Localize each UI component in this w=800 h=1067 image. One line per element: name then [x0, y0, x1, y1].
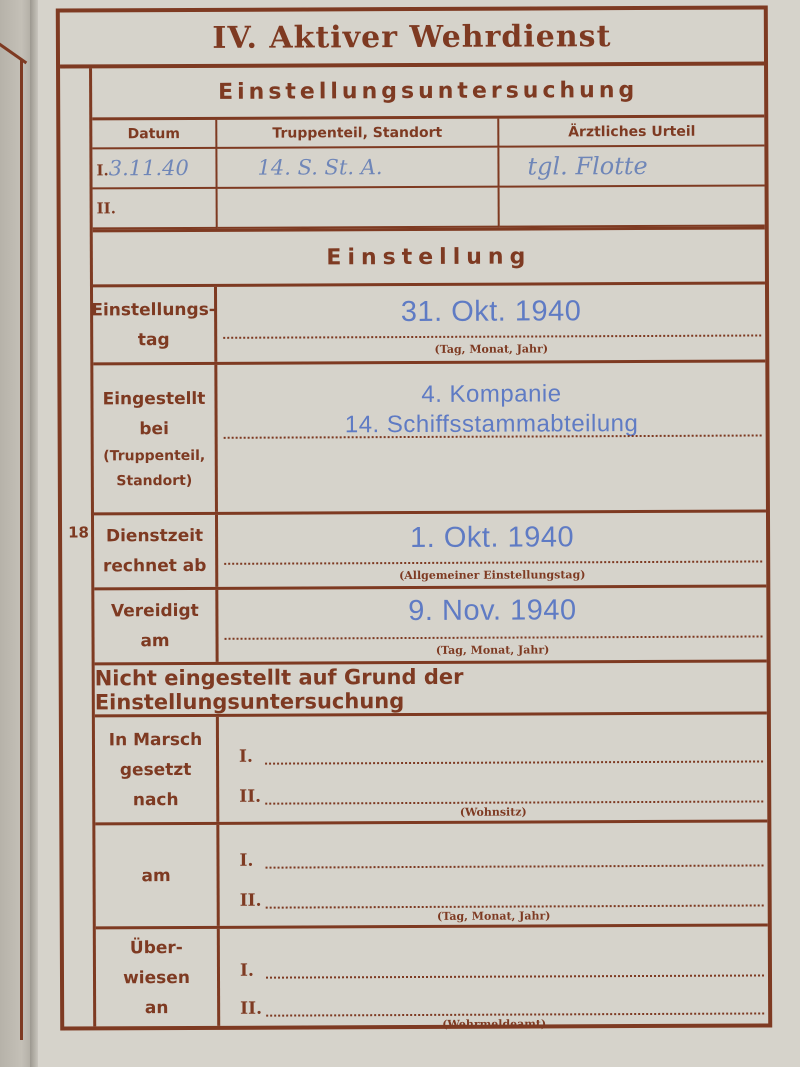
- field-label: am: [95, 825, 219, 927]
- section-heading-einstellungsuntersuchung: Einstellungsuntersuchung: [92, 65, 764, 120]
- examination-table: Datum Truppenteil, Standort Ärztliches U…: [92, 117, 764, 229]
- entry-numeral: I.: [239, 747, 253, 767]
- field-label: Vereidigt am: [94, 590, 218, 663]
- section-heading-nicht-eingestellt: Nicht eingestellt auf Grund der Einstell…: [95, 662, 767, 717]
- entry-numeral: I.: [240, 961, 254, 981]
- column-header-urteil: Ärztliches Urteil: [498, 117, 764, 146]
- stamped-date: 31. Okt. 1940: [217, 294, 765, 329]
- field-hint: (Allgemeiner Einstellungstag): [218, 567, 766, 582]
- label-line: nach: [133, 785, 179, 815]
- label-line: Standort): [116, 468, 192, 493]
- field-hint: (Wehrmeldeamt): [220, 1016, 768, 1031]
- urteil-cell: tgl. Flotte: [498, 145, 764, 186]
- truppenteil-cell: [217, 187, 499, 228]
- dotted-entry-line: [265, 760, 763, 764]
- table-row: I.3.11.40 14. S. St. A. tgl. Flotte: [92, 145, 764, 188]
- field-hint: (Tag, Monat, Jahr): [220, 908, 768, 923]
- entry-numeral: II.: [240, 891, 262, 911]
- page-number-column: 18: [60, 68, 96, 1026]
- label-line: In Marsch: [109, 724, 203, 754]
- label-line: Einstellungs-: [91, 294, 216, 325]
- label-line: an: [145, 993, 169, 1023]
- field-hint: (Tag, Monat, Jahr): [219, 642, 767, 657]
- left-page-border-line: [20, 60, 23, 1040]
- row-roman-numeral: I.: [96, 161, 108, 179]
- urteil-cell: [499, 185, 765, 226]
- field-value: I. II. (Tag, Monat, Jahr): [219, 822, 767, 925]
- form-frame: IV. Aktiver Wehrdienst 18 Einstellungsun…: [56, 5, 772, 1030]
- field-value: I. II. (Wehrmeldeamt): [220, 926, 768, 1025]
- label-line: rechnet ab: [103, 551, 207, 581]
- document-page: IV. Aktiver Wehrdienst 18 Einstellungsun…: [38, 0, 800, 1067]
- field-label: Eingestellt bei (Truppenteil, Standort): [93, 365, 218, 513]
- handwritten-truppenteil: 14. S. St. A.: [257, 155, 382, 180]
- label-line: (Truppenteil,: [103, 443, 205, 468]
- dotted-entry-line: [224, 560, 762, 564]
- field-in-marsch-gesetzt: In Marsch gesetzt nach I. II. (Wohnsitz): [95, 714, 767, 825]
- label-line: gesetzt: [120, 754, 192, 784]
- section-heading-einstellung: Einstellung: [93, 226, 765, 287]
- entry-numeral: I.: [239, 851, 253, 871]
- field-value: 9. Nov. 1940 (Tag, Monat, Jahr): [218, 587, 766, 661]
- title-bar: IV. Aktiver Wehrdienst: [60, 9, 764, 68]
- column-header-datum: Datum: [92, 120, 216, 149]
- truppenteil-cell: 14. S. St. A.: [216, 147, 498, 188]
- label-line: Über-: [130, 933, 183, 963]
- label-line: tag: [138, 325, 170, 355]
- field-dienstzeit: Dienstzeit rechnet ab 1. Okt. 1940 (Allg…: [94, 512, 766, 590]
- label-line: bei: [139, 414, 169, 444]
- stamped-unit-line1: 4. Kompanie: [217, 378, 765, 410]
- field-hint: (Tag, Monat, Jahr): [217, 341, 765, 356]
- datum-cell: I.3.11.40: [92, 148, 216, 189]
- dotted-entry-line: [266, 974, 764, 978]
- stamped-date: 9. Nov. 1940: [218, 593, 766, 628]
- field-ueberwiesen-an: Über- wiesen an I. II. (Wehrmeldeamt): [96, 926, 768, 1026]
- left-page-diagonal-line: [0, 39, 27, 64]
- field-label: Dienstzeit rechnet ab: [94, 515, 218, 588]
- row-roman-numeral: II.: [97, 199, 116, 217]
- page-number: 18: [68, 523, 89, 541]
- dotted-entry-line: [266, 864, 764, 868]
- label-line: Eingestellt: [103, 383, 206, 413]
- page-title: IV. Aktiver Wehrdienst: [212, 19, 611, 56]
- field-value: 31. Okt. 1940 (Tag, Monat, Jahr): [217, 284, 765, 361]
- label-line: Dienstzeit: [106, 521, 203, 551]
- entry-numeral: II.: [239, 787, 261, 807]
- field-eingestellt-bei: Eingestellt bei (Truppenteil, Standort) …: [93, 362, 766, 515]
- entry-numeral: II.: [240, 999, 262, 1019]
- label-line: am: [140, 626, 169, 656]
- handwritten-datum: 3.11.40: [109, 156, 189, 180]
- field-am: am I. II. (Tag, Monat, Jahr): [95, 822, 767, 929]
- field-value: I. II. (Wohnsitz): [219, 714, 767, 821]
- dotted-entry-line: [225, 635, 763, 639]
- field-vereidigt: Vereidigt am 9. Nov. 1940 (Tag, Monat, J…: [94, 587, 766, 665]
- examination-table-header: Datum Truppenteil, Standort Ärztliches U…: [92, 117, 764, 148]
- field-einstellungstag: Einstellungs- tag 31. Okt. 1940 (Tag, Mo…: [93, 284, 765, 365]
- dotted-entry-line: [223, 334, 761, 338]
- label-line: Vereidigt: [111, 596, 199, 626]
- datum-cell: II.: [93, 188, 217, 229]
- column-header-truppenteil: Truppenteil, Standort: [216, 119, 498, 148]
- field-hint: (Wohnsitz): [219, 804, 767, 819]
- stamped-date: 1. Okt. 1940: [218, 520, 766, 555]
- field-value: 4. Kompanie 14. Schiffsstammabteilung: [217, 362, 766, 511]
- field-label: In Marsch gesetzt nach: [95, 717, 219, 823]
- field-label: Über- wiesen an: [96, 929, 220, 1027]
- handwritten-urteil: tgl. Flotte: [527, 152, 647, 181]
- label-line: wiesen: [123, 962, 190, 992]
- form-content: Einstellungsuntersuchung Datum Truppente…: [92, 65, 768, 1026]
- field-value: 1. Okt. 1940 (Allgemeiner Einstellungsta…: [218, 512, 766, 586]
- label-line: am: [141, 861, 170, 891]
- field-label: Einstellungs- tag: [93, 287, 217, 363]
- table-row: II.: [93, 185, 765, 228]
